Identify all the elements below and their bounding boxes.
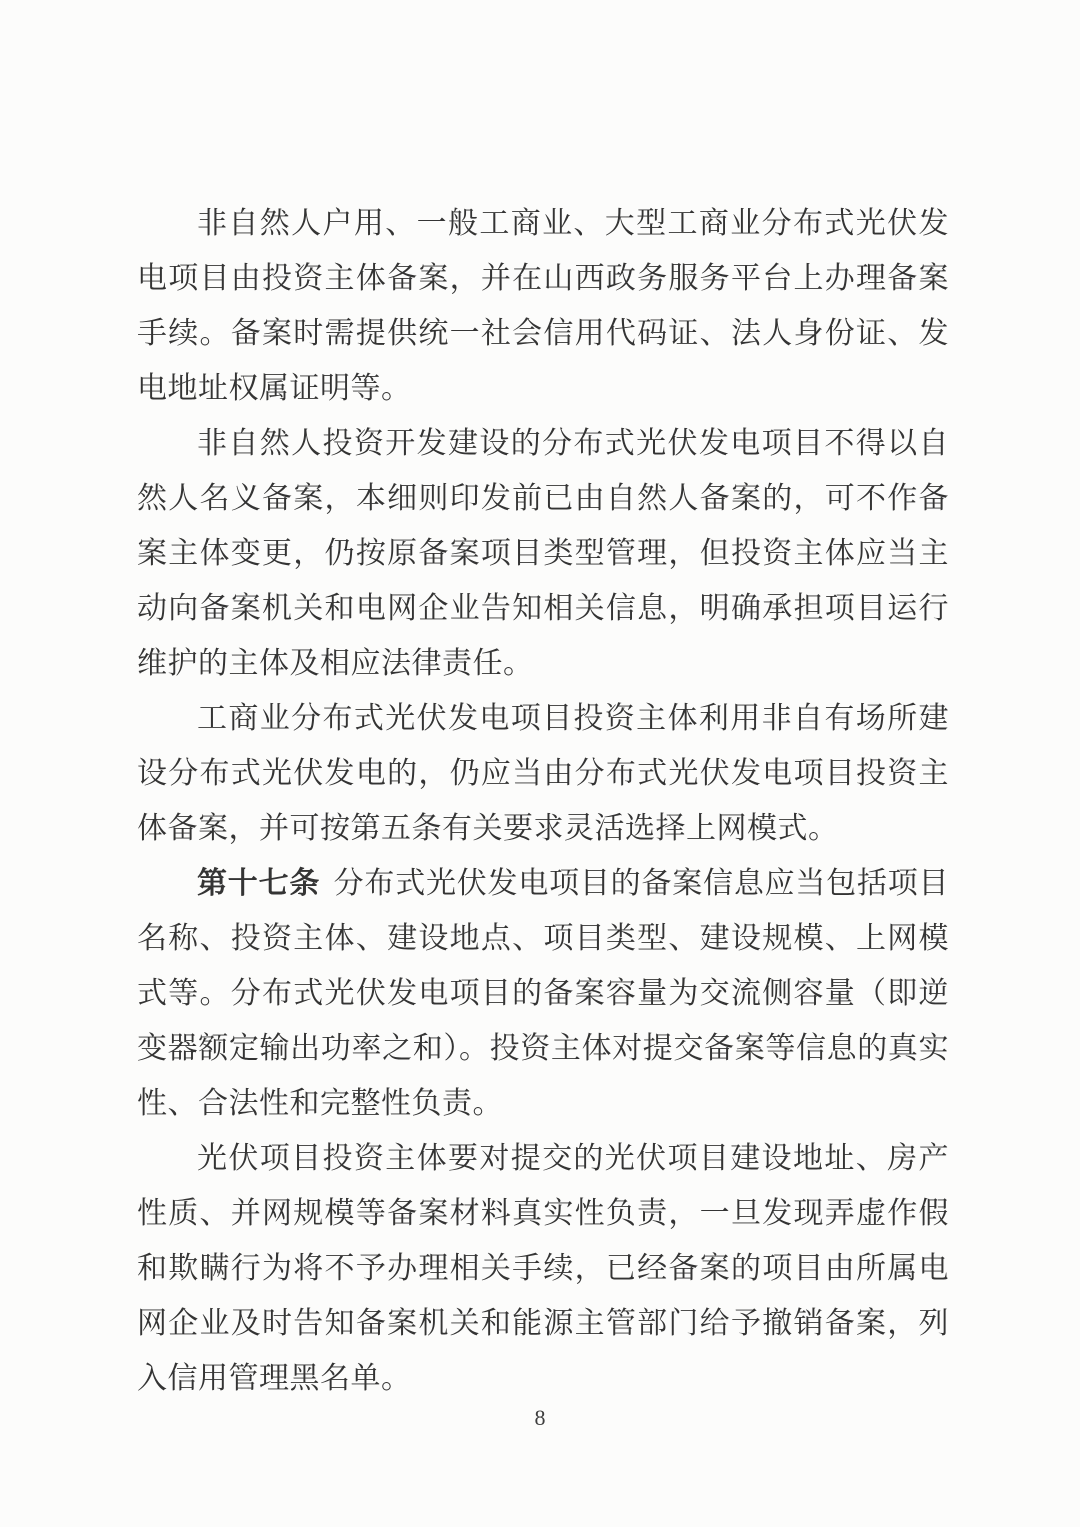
text-paragraph: 非自然人投资开发建设的分布式光伏发电项目不得以自然人名义备案，本细则印发前已由自… — [137, 416, 949, 691]
paragraph-text: 非自然人投资开发建设的分布式光伏发电项目不得以自然人名义备案，本细则印发前已由自… — [137, 427, 949, 680]
paragraph-text: 光伏项目投资主体要对提交的光伏项目建设地址、房产性质、并网规模等备案材料真实性负… — [137, 1142, 949, 1395]
text-paragraph: 非自然人户用、一般工商业、大型工商业分布式光伏发电项目由投资主体备案，并在山西政… — [137, 196, 949, 416]
text-paragraph: 工商业分布式光伏发电项目投资主体利用非自有场所建设分布式光伏发电的，仍应当由分布… — [137, 691, 949, 856]
text-paragraph: 光伏项目投资主体要对提交的光伏项目建设地址、房产性质、并网规模等备案材料真实性负… — [137, 1131, 949, 1406]
text-paragraph: 第十七条分布式光伏发电项目的备案信息应当包括项目名称、投资主体、建设地点、项目类… — [137, 856, 949, 1131]
document-page: 非自然人户用、一般工商业、大型工商业分布式光伏发电项目由投资主体备案，并在山西政… — [0, 0, 1080, 1527]
paragraph-text: 非自然人户用、一般工商业、大型工商业分布式光伏发电项目由投资主体备案，并在山西政… — [137, 207, 949, 405]
document-body-text: 非自然人户用、一般工商业、大型工商业分布式光伏发电项目由投资主体备案，并在山西政… — [137, 196, 949, 1406]
paragraph-prefix-article-17: 第十七条 — [197, 867, 320, 900]
paragraph-text: 工商业分布式光伏发电项目投资主体利用非自有场所建设分布式光伏发电的，仍应当由分布… — [137, 702, 949, 845]
paragraph-text: 分布式光伏发电项目的备案信息应当包括项目名称、投资主体、建设地点、项目类型、建设… — [137, 867, 949, 1120]
page-number: 8 — [0, 1405, 1080, 1431]
